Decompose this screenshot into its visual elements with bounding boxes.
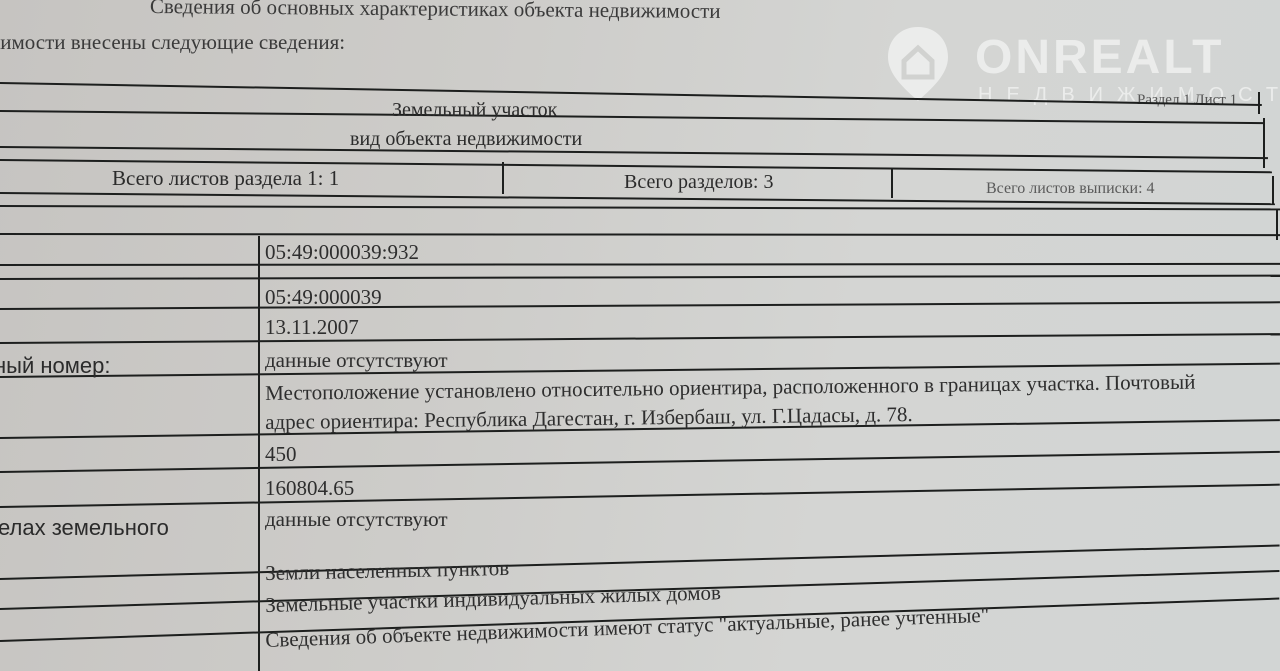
cadastral-value: 160804.65 — [265, 476, 354, 501]
cadastral-number: 05:49:000039:932 — [265, 240, 419, 265]
house-pin-icon — [885, 25, 951, 103]
total-sheets-extract: Всего листов выписки: 4 — [986, 180, 1155, 198]
total-sections: Всего разделов: 3 — [624, 171, 774, 194]
land-category: Земли населенных пунктов — [265, 556, 509, 586]
table-border — [0, 233, 1280, 236]
table-border — [0, 484, 1280, 508]
table-border — [0, 263, 1280, 266]
section-reference: Раздел 1 Лист 1 — [1137, 92, 1237, 109]
table-border — [1263, 118, 1265, 168]
location-line-1: Местоположение установлено относительно … — [265, 370, 1196, 406]
table-border — [0, 333, 1280, 344]
permitted-use: Земельные участки индивидуальных жилых д… — [265, 580, 721, 618]
location-line-2: адрес ориентира: Республика Дагестан, г.… — [265, 402, 913, 435]
sheets-in-section: Всего листов раздела 1: 1 — [112, 166, 339, 191]
row-label-land: елах земельного — [0, 515, 169, 541]
table-border — [502, 162, 504, 194]
previous-number: данные отсутствуют — [265, 348, 448, 373]
table-border — [1258, 92, 1260, 114]
row-label-number: ный номер: — [0, 353, 110, 379]
area: 450 — [265, 442, 297, 467]
table-column-divider — [258, 236, 260, 671]
document-heading: Сведения об основных характеристиках объ… — [150, 0, 721, 24]
object-type: Земельный участок — [392, 99, 557, 122]
table-border — [0, 110, 1264, 124]
table-border — [891, 168, 893, 198]
table-border — [0, 544, 1280, 580]
table-border — [0, 451, 1280, 473]
cadastral-quarter: 05:49:000039 — [265, 285, 382, 310]
table-border — [0, 275, 1280, 280]
assignment-date: 13.11.2007 — [265, 315, 359, 340]
table-border — [0, 301, 1280, 310]
table-border — [0, 146, 1268, 159]
buildings-within-land: данные отсутствуют — [265, 507, 448, 532]
watermark-brand: ONREALT — [975, 30, 1224, 85]
document-page: Сведения об основных характеристиках объ… — [0, 0, 1280, 671]
table-border — [1272, 176, 1274, 204]
document-intro: кимости внесены следующие сведения: — [0, 30, 345, 55]
object-type-caption: вид объекта недвижимости — [350, 128, 582, 151]
table-border — [0, 205, 1280, 210]
